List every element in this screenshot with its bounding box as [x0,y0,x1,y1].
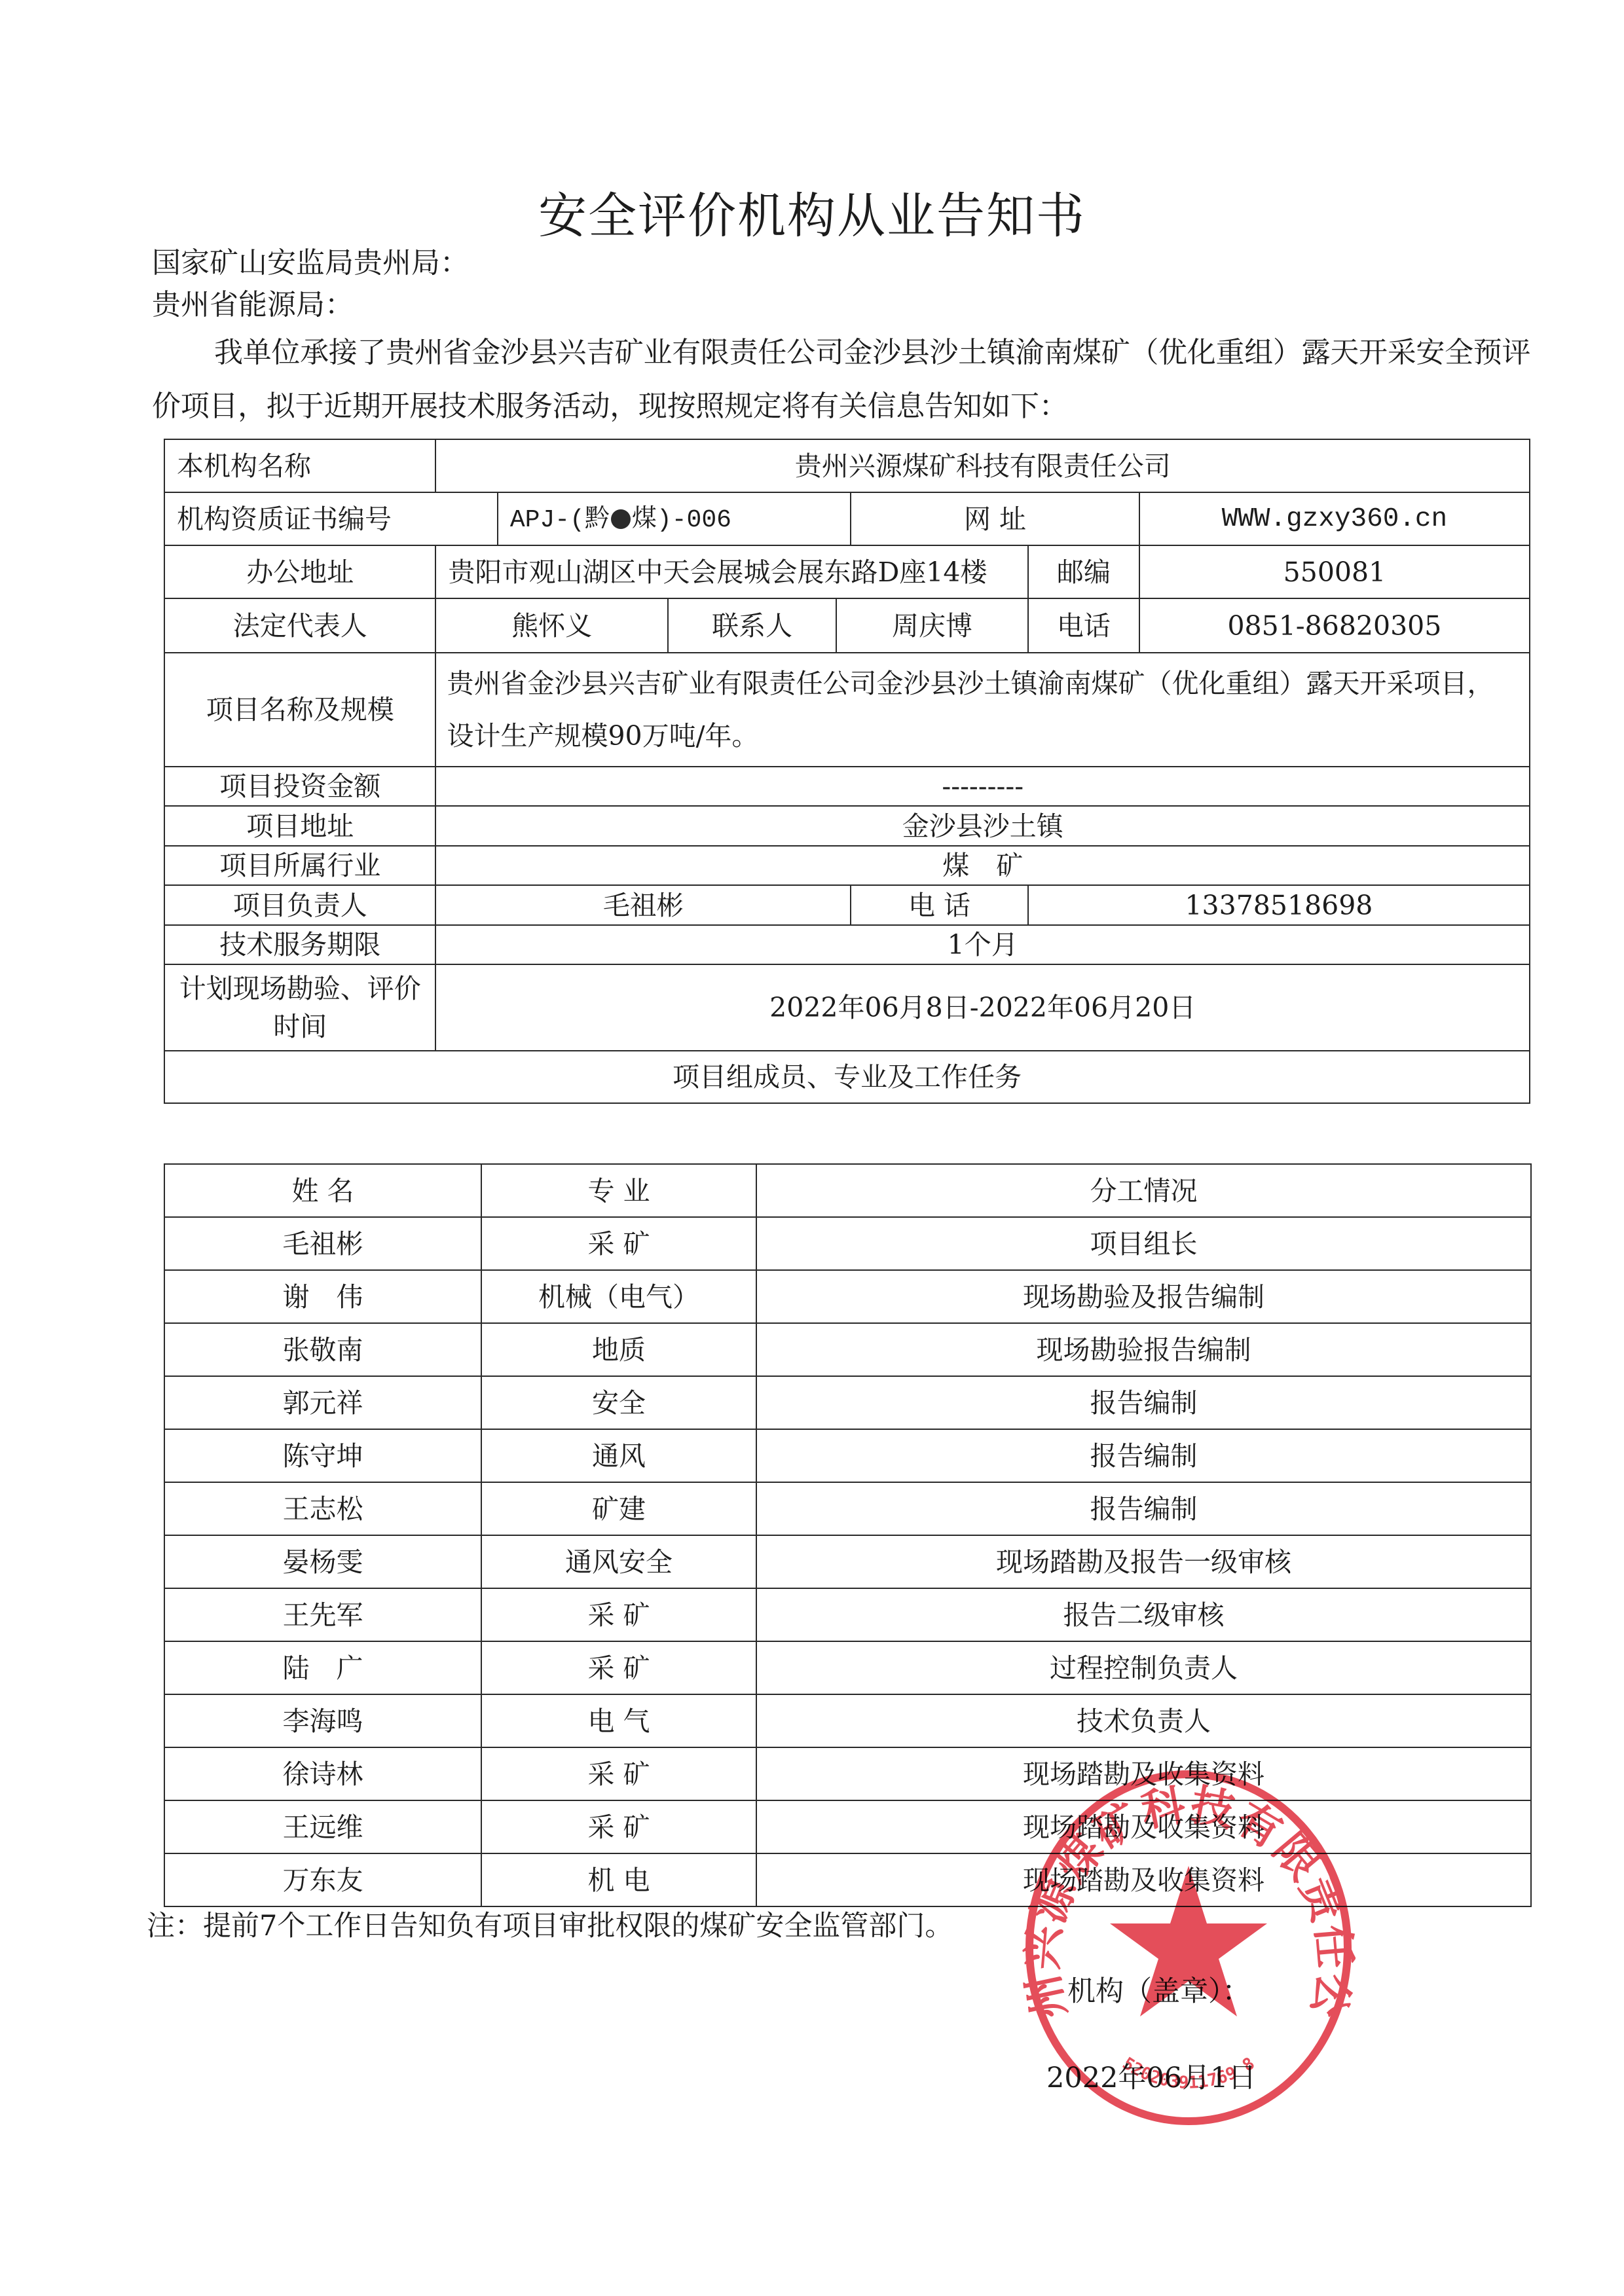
service-period-label: 技术服务期限 [164,925,435,964]
member-name: 王先军 [164,1588,481,1641]
member-role: 现场踏勘及报告一级审核 [756,1535,1531,1588]
member-role: 报告编制 [756,1482,1531,1535]
member-name: 郭元祥 [164,1376,481,1429]
cert-number: APJ-(黔煤)-006 [498,492,851,545]
member-major: 电 气 [481,1694,756,1747]
address-label: 办公地址 [164,545,435,598]
member-role: 现场勘验及报告编制 [756,1270,1531,1323]
member-name: 王志松 [164,1482,481,1535]
member-major: 安全 [481,1376,756,1429]
industry-label: 项目所属行业 [164,846,435,885]
location-label: 项目地址 [164,806,435,846]
header-name: 姓 名 [164,1164,481,1217]
notice-form-table: 本机构名称 贵州兴源煤矿科技有限责任公司 机构资质证书编号 APJ-(黔煤)-0… [164,439,1530,1104]
member-name: 万东友 [164,1853,481,1906]
table-row: 李海鸣电 气技术负责人 [164,1694,1531,1747]
contact-value: 周庆博 [836,598,1028,653]
postcode-label: 邮编 [1028,545,1139,598]
project-name-value: 贵州省金沙县兴吉矿业有限责任公司金沙县沙土镇渝南煤矿（优化重组）露天开采项目，设… [435,653,1530,767]
service-period-value: 1个月 [435,925,1530,964]
member-name: 陈守坤 [164,1429,481,1482]
member-major: 机械（电气） [481,1270,756,1323]
header-role: 分工情况 [756,1164,1531,1217]
table-row: 王先军采 矿报告二级审核 [164,1588,1531,1641]
member-role: 报告编制 [756,1429,1531,1482]
cert-label: 机构资质证书编号 [164,492,498,545]
legal-rep-value: 熊怀义 [435,598,668,653]
member-role: 现场勘验报告编制 [756,1323,1531,1376]
member-role: 现场踏勘及收集资料 [756,1853,1531,1906]
signature-date: 2022年06月1日 [1046,2058,1257,2098]
website-value: WWW.gzxy360.cn [1139,492,1530,545]
member-major: 采 矿 [481,1588,756,1641]
survey-time-label: 计划现场勘验、评价时间 [164,964,435,1051]
project-name-label: 项目名称及规模 [164,653,435,767]
website-label: 网 址 [851,492,1139,545]
survey-time-value: 2022年06月8日-2022年06月20日 [435,964,1530,1051]
member-role: 项目组长 [756,1217,1531,1270]
member-major: 矿建 [481,1482,756,1535]
leader-label: 项目负责人 [164,885,435,925]
table-row: 陈守坤通风报告编制 [164,1429,1531,1482]
member-name: 徐诗林 [164,1747,481,1800]
postcode-value: 550081 [1139,545,1530,598]
member-name: 毛祖彬 [164,1217,481,1270]
signature-label: 机构（盖章）： [1067,1972,1251,2011]
table-row: 郭元祥安全报告编制 [164,1376,1531,1429]
leader-phone-value: 13378518698 [1028,885,1530,925]
document-title: 安全评价机构从业告知书 [0,185,1624,247]
org-name-label: 本机构名称 [164,439,435,492]
member-name: 陆 广 [164,1641,481,1694]
member-role: 报告二级审核 [756,1588,1531,1641]
member-major: 采 矿 [481,1747,756,1800]
member-major: 地质 [481,1323,756,1376]
table-row: 晏杨雯通风安全现场踏勘及报告一级审核 [164,1535,1531,1588]
member-name: 李海鸣 [164,1694,481,1747]
member-role: 过程控制负责人 [756,1641,1531,1694]
member-major: 采 矿 [481,1217,756,1270]
team-section-title: 项目组成员、专业及工作任务 [164,1051,1530,1103]
header-major: 专 业 [481,1164,756,1217]
table-row: 徐诗林采 矿现场踏勘及收集资料 [164,1747,1531,1800]
member-major: 采 矿 [481,1800,756,1853]
team-header-row: 姓 名 专 业 分工情况 [164,1164,1531,1217]
investment-label: 项目投资金额 [164,767,435,806]
leader-phone-label: 电 话 [851,885,1028,925]
member-role: 技术负责人 [756,1694,1531,1747]
footer-note: 注：提前7个工作日告知负有项目审批权限的煤矿安全监管部门。 [147,1906,953,1946]
org-name: 贵州兴源煤矿科技有限责任公司 [435,439,1530,492]
table-row: 张敬南地质现场勘验报告编制 [164,1323,1531,1376]
member-role: 现场踏勘及收集资料 [756,1747,1531,1800]
member-major: 通风安全 [481,1535,756,1588]
table-row: 王志松矿建报告编制 [164,1482,1531,1535]
investment-value: --------- [435,767,1530,806]
team-table: 姓 名 专 业 分工情况 毛祖彬采 矿项目组长 谢 伟机械（电气）现场勘验及报告… [164,1163,1532,1907]
member-name: 张敬南 [164,1323,481,1376]
table-row: 陆 广采 矿过程控制负责人 [164,1641,1531,1694]
industry-value: 煤 矿 [435,846,1530,885]
addressee-2: 贵州省能源局： [152,285,354,325]
phone-value: 0851-86820305 [1139,598,1530,653]
redacted-dot-icon [611,509,631,529]
leader-value: 毛祖彬 [435,885,851,925]
member-name: 晏杨雯 [164,1535,481,1588]
addressee-1: 国家矿山安监局贵州局： [152,244,469,283]
member-major: 机 电 [481,1853,756,1906]
member-major: 采 矿 [481,1641,756,1694]
member-major: 通风 [481,1429,756,1482]
intro-paragraph: 我单位承接了贵州省金沙县兴吉矿业有限责任公司金沙县沙土镇渝南煤矿（优化重组）露天… [152,326,1540,433]
table-row: 万东友机 电现场踏勘及收集资料 [164,1853,1531,1906]
member-name: 谢 伟 [164,1270,481,1323]
location-value: 金沙县沙土镇 [435,806,1530,846]
table-row: 谢 伟机械（电气）现场勘验及报告编制 [164,1270,1531,1323]
address-value: 贵阳市观山湖区中天会展城会展东路D座14楼 [435,545,1027,598]
member-role: 报告编制 [756,1376,1531,1429]
legal-rep-label: 法定代表人 [164,598,435,653]
phone-label: 电话 [1028,598,1139,653]
table-row: 毛祖彬采 矿项目组长 [164,1217,1531,1270]
member-role: 现场踏勘及收集资料 [756,1800,1531,1853]
member-name: 王远维 [164,1800,481,1853]
contact-label: 联系人 [668,598,836,653]
table-row: 王远维采 矿现场踏勘及收集资料 [164,1800,1531,1853]
